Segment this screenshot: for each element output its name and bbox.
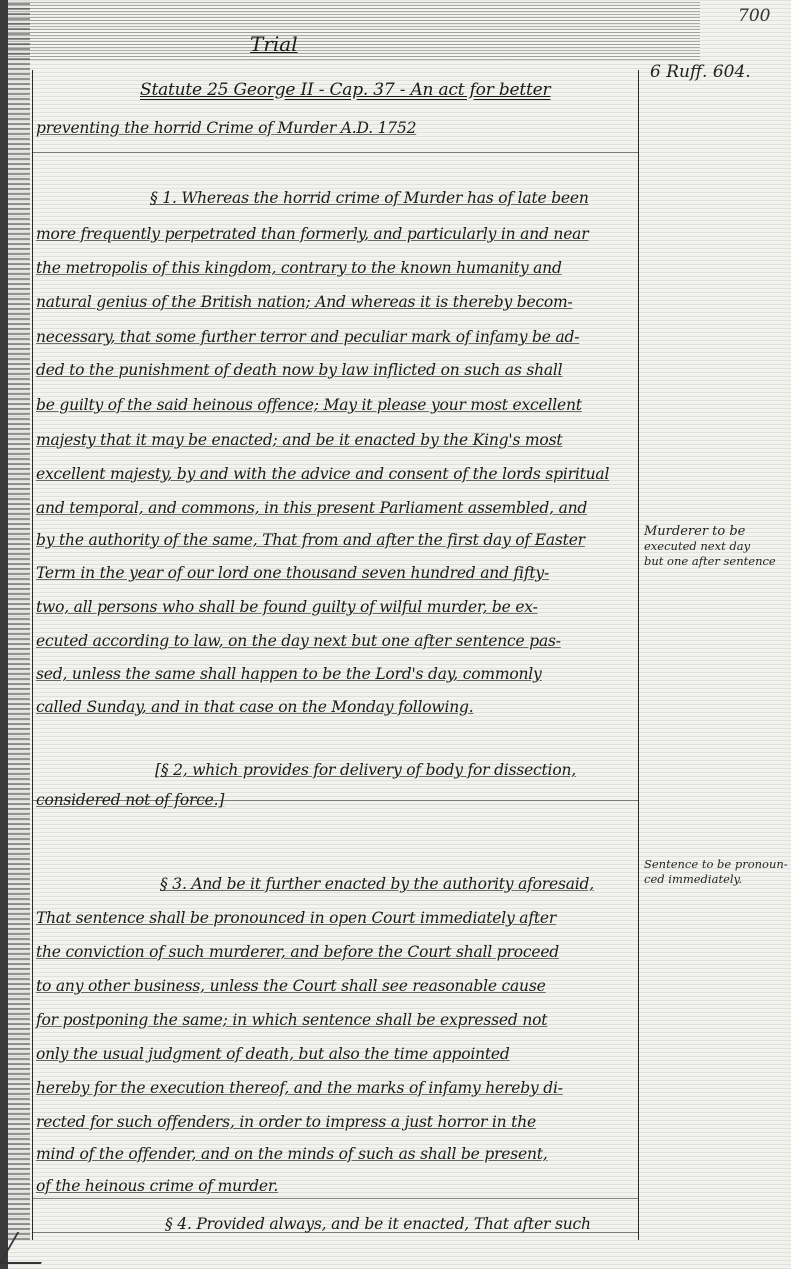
page-heading: Trial [250,32,298,56]
body-line: considered not of force.] [36,790,636,810]
body-line: called Sunday, and in that case on the M… [36,697,636,717]
top-scan-noise [0,0,700,60]
body-line: for postponing the same; in which senten… [36,1010,636,1030]
left-rule [32,70,33,1240]
body-line: more frequently perpetrated than formerl… [36,224,636,244]
body-line: § 3. And be it further enacted by the au… [160,874,630,894]
margin-note-line: executed next day [644,539,789,554]
body-line: Term in the year of our lord one thousan… [36,563,636,583]
body-line: sed, unless the same shall happen to be … [36,664,636,684]
rule-line [32,152,638,153]
margin-note-sentence: Sentence to be pronoun- ced immediately. [644,857,789,887]
body-line: ded to the punishment of death now by la… [36,360,636,380]
body-line: of the heinous crime of murder. [36,1176,636,1196]
right-rule [638,70,639,1240]
body-line: hereby for the execution thereof, and th… [36,1078,636,1098]
statute-title-line-1: Statute 25 George II - Cap. 37 - An act … [140,80,630,100]
body-line: § 4. Provided always, and be it enacted,… [165,1214,630,1234]
body-line: and temporal, and commons, in this prese… [36,498,636,518]
body-line: majesty that it may be enacted; and be i… [36,430,636,450]
left-margin-band [8,0,30,1240]
body-line: the metropolis of this kingdom, contrary… [36,258,636,278]
body-line: only the usual judgment of death, but al… [36,1044,636,1064]
page-left-edge [0,0,8,1269]
margin-note-line: ced immediately. [644,872,789,887]
page-number: 700 [738,6,770,26]
margin-reference: 6 Ruff. 604. [650,62,751,82]
body-line: to any other business, unless the Court … [36,976,636,996]
margin-note-line: Sentence to be pronoun- [644,857,789,872]
body-line: ecuted according to law, on the day next… [36,631,636,651]
rule-line [32,1198,638,1199]
body-line: § 1. Whereas the horrid crime of Murder … [150,188,630,208]
margin-note-execution: Murderer to be executed next day but one… [644,524,789,569]
margin-note-line: Murderer to be [644,524,789,539]
body-line: the conviction of such murderer, and bef… [36,942,636,962]
body-line: [§ 2, which provides for delivery of bod… [155,760,630,780]
body-line: be guilty of the said heinous offence; M… [36,395,636,415]
margin-note-line: but one after sentence [644,554,789,569]
body-line: necessary, that some further terror and … [36,327,636,347]
body-line: That sentence shall be pronounced in ope… [36,908,636,928]
body-line: rected for such offenders, in order to i… [36,1112,636,1132]
statute-title-line-2: preventing the horrid Crime of Murder A.… [36,118,636,138]
body-line: excellent majesty, by and with the advic… [36,464,636,484]
body-line: by the authority of the same, That from … [36,530,636,550]
ledger-page: 700 Trial 6 Ruff. 604. Statute 25 George… [0,0,791,1269]
body-line: mind of the offender, and on the minds o… [36,1144,636,1164]
body-line: natural genius of the British nation; An… [36,292,636,312]
body-line: two, all persons who shall be found guil… [36,597,636,617]
